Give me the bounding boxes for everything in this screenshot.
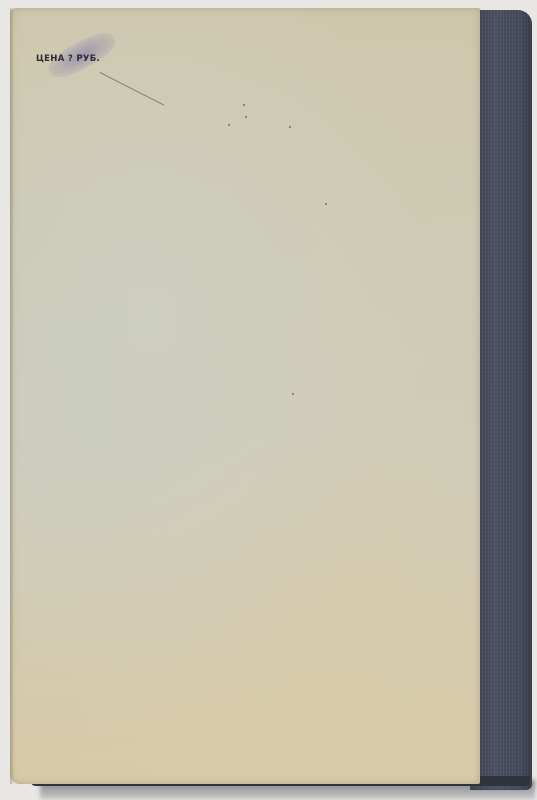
speck xyxy=(289,126,291,128)
price-stamp-text: ЦЕНА ? РУБ. xyxy=(36,54,100,64)
speck xyxy=(245,116,247,118)
speck xyxy=(325,203,327,205)
speck xyxy=(228,124,230,126)
book-back-cover xyxy=(10,8,480,784)
cover-worn-edge xyxy=(10,8,14,784)
speck xyxy=(243,104,245,106)
speck xyxy=(292,393,294,395)
